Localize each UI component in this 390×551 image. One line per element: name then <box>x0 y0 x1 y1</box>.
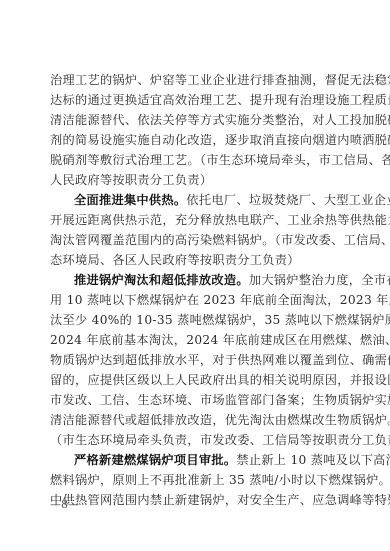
line-text: 加大锅炉整治力度，全市在 <box>249 273 390 287</box>
line-text: 留的，应提供区级以上人民政府出具的相关说明原因，并报设区 <box>50 373 390 387</box>
line-text: 物质锅炉达到超低排放水平，对于供热网难以覆盖到位、确需保 <box>50 353 390 367</box>
text-line: （市生态环境局牵头负责，市发改委、工信局等按职责分工负责） <box>50 430 344 450</box>
text-line: 达标的通过更换适宜高效治理工艺、提升现有治理设施工程质量、 <box>50 90 344 110</box>
text-line: 清洁能源替代、依法关停等方式实施分类整治，对人工投加脱硝 <box>50 110 344 130</box>
line-text: 态环境局、各区人民政府等按职责分工负责） <box>50 253 300 267</box>
line-text: （市生态环境局牵头负责，市发改委、工信局等按职责分工负责） <box>50 433 390 447</box>
text-line: 清洁能源替代或超低排放改造，优先淘汰由燃煤改生物质锅炉。 <box>50 410 344 430</box>
line-text: 依托电厂、垃圾焚烧厂、大型工业企业 <box>186 193 390 207</box>
text-line: 留的，应提供区级以上人民政府出具的相关说明原因，并报设区 <box>50 370 344 390</box>
line-text: 淘汰管网覆盖范围内的高污染燃料锅炉。（市发改委、工信局、生 <box>50 233 390 247</box>
line-text: 汰至少 40%的 10-35 蒸吨燃煤锅炉，35 蒸吨以下燃煤锅炉原则上 <box>50 313 390 327</box>
bold-lead: 严格新建燃煤锅炉项目审批。 <box>74 453 236 467</box>
text-line: 剂的简易设施实施自动化改造，逐步取消直接向烟道内喷洒脱硫 <box>50 130 344 150</box>
paragraph-heading-line: 严格新建燃煤锅炉项目审批。禁止新上 10 蒸吨及以下高污染 <box>50 450 344 470</box>
text-line: 开展远距离供热示范，充分释放热电联产、工业余热等供热能力， <box>50 210 344 230</box>
line-text: 中供热管网范围内禁止新建锅炉，对安全生产、应急调峰等特殊 <box>50 493 390 507</box>
text-line: 2024 年底前基本淘汰，2024 年底前建成区在用燃煤、燃油、燃生 <box>50 330 344 350</box>
text-line: 中供热管网范围内禁止新建锅炉，对安全生产、应急调峰等特殊 <box>50 490 344 510</box>
line-text: 2024 年底前基本淘汰，2024 年底前建成区在用燃煤、燃油、燃生 <box>50 333 390 347</box>
line-text: 燃料锅炉，原则上不再批准新上 35 蒸吨/小时以下燃煤锅炉。集 <box>50 473 390 487</box>
paragraph-heading-line: 推进锅炉淘汰和超低排放改造。加大锅炉整治力度，全市在 <box>50 270 344 290</box>
text-line: 治理工艺的锅炉、炉窑等工业企业进行排查抽测，督促无法稳定 <box>50 70 344 90</box>
bold-lead: 推进锅炉淘汰和超低排放改造。 <box>74 273 249 287</box>
line-text: 达标的通过更换适宜高效治理工艺、提升现有治理设施工程质量、 <box>50 93 390 107</box>
text-line: 脱硝剂等敷衍式治理工艺。（市生态环境局牵头，市工信局、各区 <box>50 150 344 170</box>
line-text: 用 10 蒸吨以下燃煤锅炉在 2023 年底前全面淘汰，2023 年底前淘 <box>50 293 390 307</box>
line-text: 脱硝剂等敷衍式治理工艺。（市生态环境局牵头，市工信局、各区 <box>50 153 390 167</box>
body-text: 治理工艺的锅炉、炉窑等工业企业进行排查抽测，督促无法稳定达标的通过更换适宜高效治… <box>50 70 344 510</box>
line-text: 开展远距离供热示范，充分释放热电联产、工业余热等供热能力， <box>50 213 390 227</box>
paragraph-heading-line: 全面推进集中供热。依托电厂、垃圾焚烧厂、大型工业企业 <box>50 190 344 210</box>
text-line: 物质锅炉达到超低排放水平，对于供热网难以覆盖到位、确需保 <box>50 350 344 370</box>
text-line: 人民政府等按职责分工负责） <box>50 170 344 190</box>
line-text: 治理工艺的锅炉、炉窑等工业企业进行排查抽测，督促无法稳定 <box>50 73 390 87</box>
page-number: —8— <box>50 498 79 511</box>
text-line: 市发改、工信、生态环境、市场监管部门备案；生物质锅炉实施 <box>50 390 344 410</box>
document-page: 治理工艺的锅炉、炉窑等工业企业进行排查抽测，督促无法稳定达标的通过更换适宜高效治… <box>0 0 390 551</box>
text-line: 态环境局、各区人民政府等按职责分工负责） <box>50 250 344 270</box>
bold-lead: 全面推进集中供热。 <box>74 193 186 207</box>
line-text: 清洁能源替代或超低排放改造，优先淘汰由燃煤改生物质锅炉。 <box>50 413 390 427</box>
line-text: 剂的简易设施实施自动化改造，逐步取消直接向烟道内喷洒脱硫 <box>50 133 390 147</box>
line-text: 清洁能源替代、依法关停等方式实施分类整治，对人工投加脱硝 <box>50 113 390 127</box>
text-line: 燃料锅炉，原则上不再批准新上 35 蒸吨/小时以下燃煤锅炉。集 <box>50 470 344 490</box>
line-text: 人民政府等按职责分工负责） <box>50 173 212 187</box>
line-text: 禁止新上 10 蒸吨及以下高污染 <box>236 453 390 467</box>
text-line: 用 10 蒸吨以下燃煤锅炉在 2023 年底前全面淘汰，2023 年底前淘 <box>50 290 344 310</box>
text-line: 淘汰管网覆盖范围内的高污染燃料锅炉。（市发改委、工信局、生 <box>50 230 344 250</box>
text-line: 汰至少 40%的 10-35 蒸吨燃煤锅炉，35 蒸吨以下燃煤锅炉原则上 <box>50 310 344 330</box>
line-text: 市发改、工信、生态环境、市场监管部门备案；生物质锅炉实施 <box>50 393 390 407</box>
